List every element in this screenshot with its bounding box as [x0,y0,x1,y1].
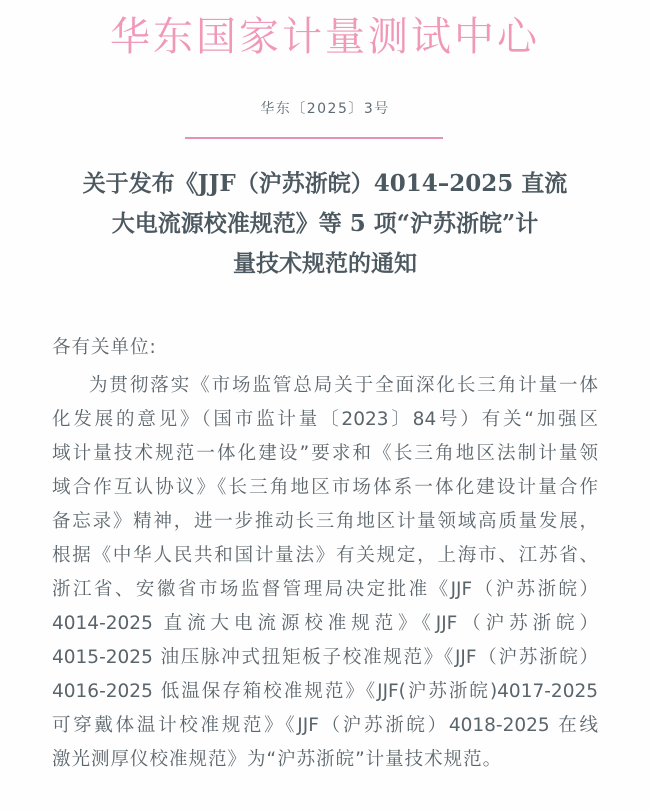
body-line: 可穿戴体温计校准规范》《JJF（沪苏浙皖）4018-2025 在线 [52,709,598,743]
body-line: 4014-2025 直流大电流源校准规范》《JJF（沪苏浙皖） [52,607,598,641]
body-line: 域计量技术规范一体化建设”要求和《长三角地区法制计量领 [52,437,598,471]
body-line: 为贯彻落实《市场监管总局关于全面深化长三角计量一体 [52,369,598,403]
title-line: 大电流源校准规范》等 5 项“沪苏浙皖”计 [40,204,610,244]
header-divider [185,137,443,139]
salutation: 各有关单位: [52,331,602,365]
body-line: 备忘录》精神，进一步推动长三角地区计量领域高质量发展， [52,505,598,539]
body-line: 4015-2025 油压脉冲式扭矩板子校准规范》《JJF（沪苏浙皖） [52,641,598,675]
body-line: 域合作互认协议》《长三角地区市场体系一体化建设计量合作 [52,471,598,505]
title-line: 量技术规范的通知 [40,244,610,284]
body-line: 激光测厚仪校准规范》为“沪苏浙皖”计量技术规范。 [52,743,598,777]
body-line: 浙江省、安徽省市场监督管理局决定批准《JJF（沪苏浙皖） [52,573,598,607]
document-body: 各有关单位: 为贯彻落实《市场监管总局关于全面深化长三角计量一体 化发展的意见》… [52,331,602,777]
body-line: 根据《中华人民共和国计量法》有关规定，上海市、江苏省、 [52,539,598,573]
title-line: 关于发布《JJF（沪苏浙皖）4014–2025 直流 [40,164,610,204]
document-page: 华东国家计量测试中心 华东〔2025〕3号 关于发布《JJF（沪苏浙皖）4014… [0,0,650,810]
body-line: 4016-2025 低温保存箱校准规范》《JJF(沪苏浙皖)4017-2025 [52,675,598,709]
organization-header: 华东国家计量测试中心 [0,12,650,62]
document-title: 关于发布《JJF（沪苏浙皖）4014–2025 直流 大电流源校准规范》等 5 … [40,164,610,284]
body-line: 化发展的意见》（国市监计量〔2023〕84号）有关“加强区 [52,403,598,437]
document-number: 华东〔2025〕3号 [0,99,650,119]
